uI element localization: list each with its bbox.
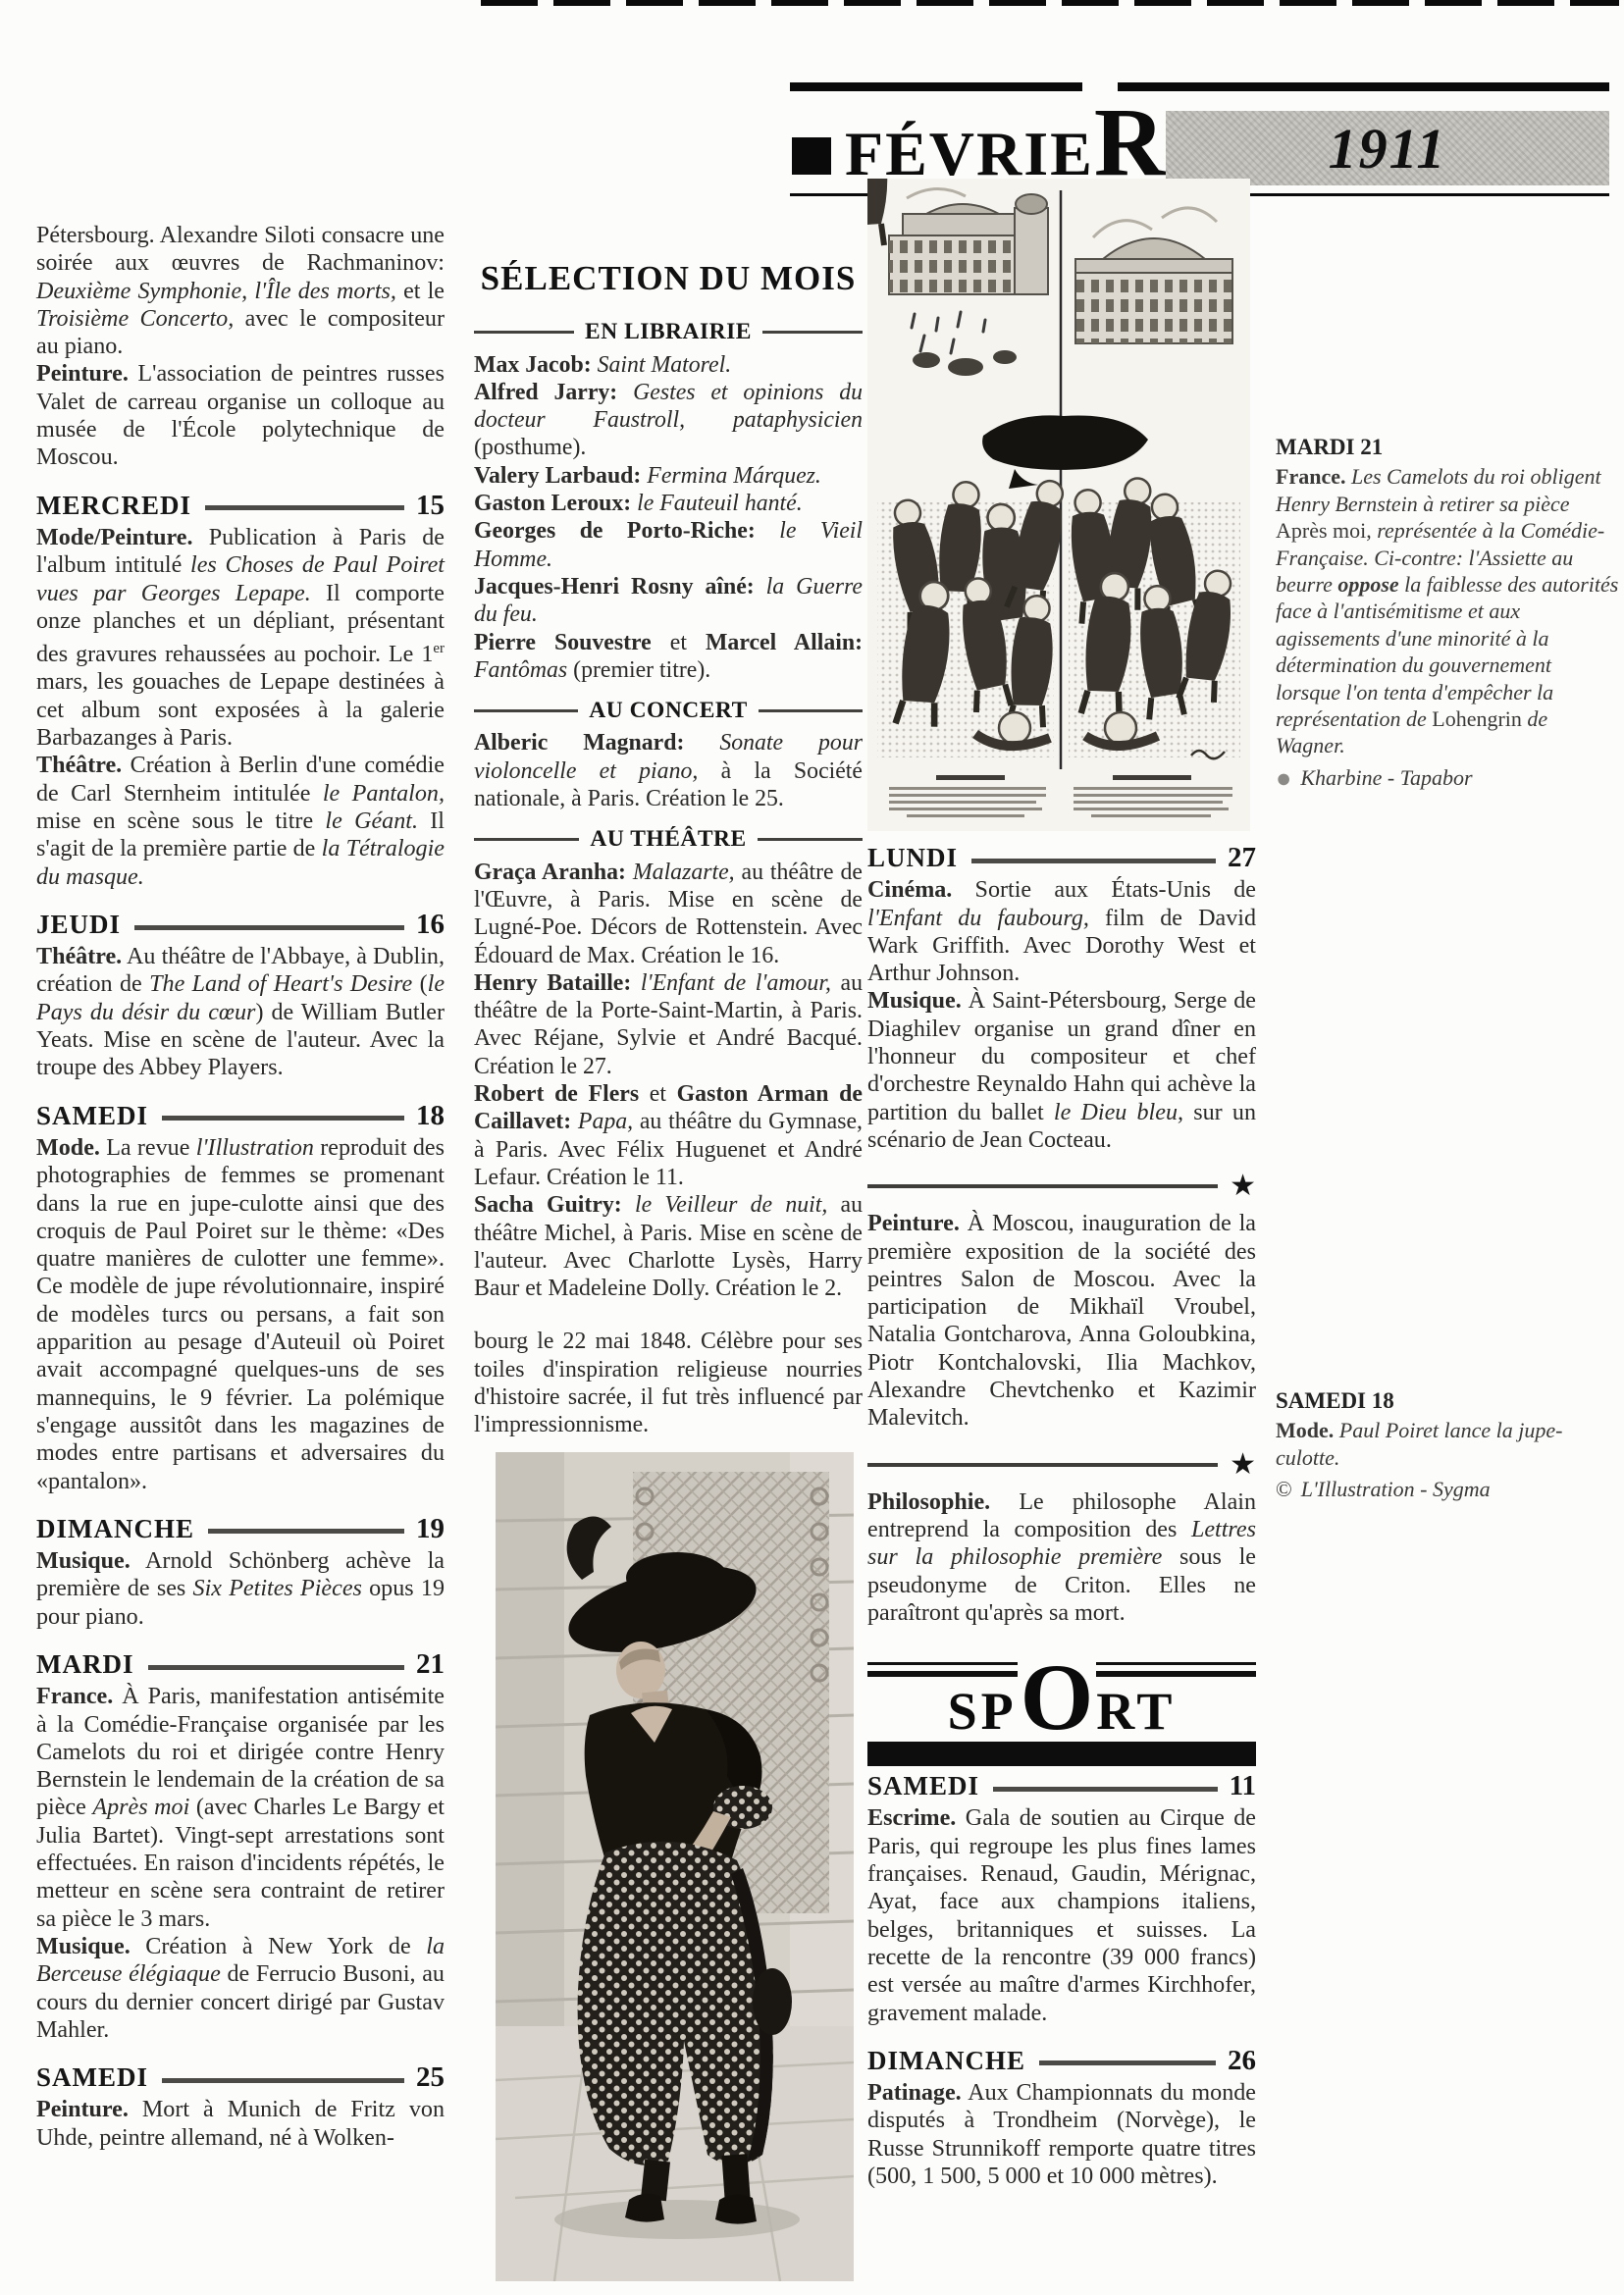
day-rule [162, 1116, 404, 1121]
day-name: MERCREDI [36, 492, 191, 519]
day-number: 21 [416, 1650, 445, 1678]
text-run: l'Illustration [196, 1135, 314, 1161]
text-run: l'Enfant de l'amour, [631, 970, 831, 996]
paragraph: Sacha Guitry: le Veilleur de nuit, au th… [474, 1191, 863, 1302]
text-run: Théâtre. [36, 753, 122, 778]
text-run: ( [412, 971, 427, 997]
rule [474, 331, 574, 334]
day-header: LUNDI27 [867, 844, 1256, 871]
text-run: Mode/Peinture. [36, 525, 192, 550]
text-run: Papa, [571, 1109, 633, 1134]
text-run: Philosophie. [867, 1489, 990, 1515]
bullet-icon: ● [1276, 767, 1291, 789]
text-run: l'Enfant du faubourg, [867, 906, 1089, 931]
day-rule [148, 1665, 405, 1670]
text-run: mars, les gouaches de Lepape destinées à… [36, 669, 445, 751]
rule [474, 709, 578, 712]
paragraph: Musique. Arnold Schönberg achève la prem… [36, 1547, 445, 1631]
caption-heading: MARDI 21 [1276, 434, 1621, 460]
day-name: LUNDI [867, 844, 958, 871]
day-number: 15 [416, 492, 445, 519]
text-run: oppose [1337, 572, 1398, 597]
day-number: 19 [416, 1515, 445, 1542]
photo-svg [496, 1452, 854, 2281]
paragraph: Jacques-Henri Rosny aîné: la Guerre du f… [474, 573, 863, 629]
day-name: SAMEDI [867, 1772, 979, 1799]
text-run: Cinéma. [867, 877, 952, 903]
section-subheader: AU CONCERT [474, 697, 863, 724]
day-header: JEUDI16 [36, 911, 445, 938]
section-subheader: AU THÉÂTRE [474, 825, 863, 853]
subheader-label: AU THÉÂTRE [590, 825, 746, 853]
text-run: Théâtre. [36, 944, 122, 969]
magazine-page: FÉVRIER 1911 [0, 0, 1624, 2295]
text-run: Pétersbourg. Alexandre Siloti consacre u… [36, 223, 445, 276]
credit-text: L'Illustration - Sygma [1301, 1476, 1491, 1502]
day-rule [1039, 2060, 1216, 2065]
text-run: Saint Matorel. [592, 352, 732, 378]
text-run: Jacques-Henri Rosny aîné: [474, 574, 755, 600]
paragraph: Henry Bataille: l'Enfant de l'amour, au … [474, 969, 863, 1080]
star-separator: ★ [867, 1452, 1256, 1478]
day-rule [205, 505, 404, 510]
paragraph: Pierre Souvestre et Marcel Allain: Fantô… [474, 629, 863, 685]
star-icon: ★ [1230, 1174, 1256, 1199]
sport-title-o: O [1018, 1644, 1097, 1749]
paragraph: Musique. Création à New York de la Berce… [36, 1933, 445, 2044]
paragraph: Musique. À Saint-Pétersbourg, Serge de D… [867, 987, 1256, 1154]
caption-heading: SAMEDI 18 [1276, 1387, 1621, 1414]
text-run: Georges de Porto-Riche: [474, 518, 756, 544]
paragraph: Robert de Flers et Gaston Arman de Caill… [474, 1080, 863, 1191]
text-run: Sortie aux États-Unis de [952, 877, 1256, 903]
text-run: Alberic Magnard: [474, 730, 684, 756]
spacer [474, 1302, 863, 1328]
day-name: DIMANCHE [36, 1515, 194, 1542]
day-name: SAMEDI [36, 2063, 148, 2091]
column-left: Pétersbourg. Alexandre Siloti consacre u… [36, 222, 445, 2152]
section-subheader: EN LIBRAIRIE [474, 318, 863, 345]
day-rule [134, 925, 404, 930]
text-run: (premier titre). [567, 657, 710, 683]
day-number: 16 [416, 911, 445, 938]
text-run: Après moi [92, 1795, 189, 1820]
text-run: et [639, 1081, 677, 1107]
column-middle: SÉLECTION DU MOISEN LIBRAIRIEMax Jacob: … [474, 265, 863, 1439]
text-run: Mode. [1276, 1418, 1334, 1442]
caption-mardi-21: MARDI 21France. Les Camelots du roi obli… [1276, 434, 1621, 791]
paragraph: Mode. Paul Poiret lance la jupe-culotte. [1276, 1417, 1621, 1471]
text-run: Musique. [36, 1934, 131, 1959]
text-run: Musique. [867, 988, 962, 1014]
sport-title: SPORT [867, 1650, 1256, 1745]
month-title: FÉVRIER [792, 93, 1165, 191]
text-run: Lohengrin [1432, 706, 1522, 731]
text-run: Pierre Souvestre [474, 630, 652, 655]
text-run: Graça Aranha: [474, 860, 626, 885]
paragraph: Graça Aranha: Malazarte, au théâtre de l… [474, 859, 863, 969]
text-run: Alfred Jarry: [474, 380, 617, 405]
sport-title-part: SP [948, 1682, 1018, 1741]
paragraph: Mode/Peinture. Publication à Paris de l'… [36, 524, 445, 752]
text-run: France. [36, 1684, 113, 1709]
day-header: SAMEDI25 [36, 2063, 445, 2091]
text-run: Sacha Guitry: [474, 1192, 622, 1218]
day-rule [993, 1787, 1218, 1792]
paragraph: Gaston Leroux: le Fauteuil hanté. [474, 490, 863, 517]
text-run: le Veilleur de nuit, [622, 1192, 828, 1218]
text-run: France. [1276, 464, 1345, 489]
paragraph: Valery Larbaud: Fermina Márquez. [474, 462, 863, 490]
copyright-icon: © [1276, 1479, 1292, 1500]
paragraph: France. À Paris, manifestation antisémit… [36, 1683, 445, 1933]
day-header: DIMANCHE26 [867, 2047, 1256, 2074]
day-rule [208, 1529, 404, 1534]
day-header: MERCREDI15 [36, 492, 445, 519]
day-name: DIMANCHE [867, 2047, 1025, 2074]
paragraph: Escrime. Gala de soutien au Cirque de Pa… [867, 1804, 1256, 2026]
text-run: Création à New York de [131, 1934, 427, 1959]
crowd-left [885, 477, 1072, 729]
text-run: et le [396, 279, 445, 304]
cartoon-illustration [867, 179, 1250, 836]
day-name: SAMEDI [36, 1102, 148, 1129]
paragraph: Georges de Porto-Riche: le Vieil Homme. [474, 517, 863, 573]
cartoon-svg [867, 179, 1250, 831]
day-name: JEUDI [36, 911, 121, 938]
masthead-title-row: FÉVRIER 1911 [790, 91, 1609, 191]
paragraph: Peinture. À Moscou, inauguration de la p… [867, 1210, 1256, 1432]
paragraph: Max Jacob: Saint Matorel. [474, 351, 863, 379]
text-run: Six Petites Pièces [193, 1576, 362, 1601]
text-run: mise en scène sous le titre [36, 808, 325, 834]
text-run: Marcel Allain: [706, 630, 863, 655]
text-run: Après moi, [1276, 518, 1372, 543]
text-run: le Géant. [325, 808, 418, 834]
text-run: Mode. [36, 1135, 100, 1161]
day-number: 26 [1228, 2047, 1256, 2074]
paragraph: Mode. La revue l'Illustration reproduit … [36, 1134, 445, 1495]
rule [867, 1463, 1218, 1467]
fashion-photo [496, 1452, 854, 2286]
paragraph: Patinage. Aux Championnats du monde disp… [867, 2079, 1256, 2190]
day-rule [162, 2078, 404, 2083]
rule [762, 331, 863, 334]
text-run: et [652, 630, 706, 655]
star-separator: ★ [867, 1174, 1256, 1199]
text-run: Deuxième Symphonie, l'Île des morts, [36, 279, 396, 304]
day-name: MARDI [36, 1650, 134, 1678]
day-header: DIMANCHE19 [36, 1515, 445, 1542]
text-run: Henry Bataille: [474, 970, 631, 996]
rule [867, 1742, 1256, 1766]
masthead-top-rule [790, 82, 1609, 91]
text-run: er [433, 641, 445, 656]
selection-title: SÉLECTION DU MOIS [474, 265, 863, 292]
day-header: SAMEDI18 [36, 1102, 445, 1129]
rule [474, 838, 579, 841]
rule [759, 709, 863, 712]
paragraph: Philosophie. Le philosophe Alain entrepr… [867, 1488, 1256, 1627]
paragraph: Alberic Magnard: Sonate pour violoncelle… [474, 729, 863, 812]
text-run: le Pantalon, [323, 781, 445, 807]
text-run: Robert de Flers [474, 1081, 639, 1107]
text-run: Peinture. [36, 361, 129, 387]
year-box: 1911 [1166, 111, 1609, 185]
paragraph: Pétersbourg. Alexandre Siloti consacre u… [36, 222, 445, 360]
paragraph: bourg le 22 mai 1848. Célèbre pour ses t… [474, 1328, 863, 1438]
black-square-icon [792, 137, 831, 175]
caption-samedi-18: SAMEDI 18Mode. Paul Poiret lance la jupe… [1276, 1387, 1621, 1503]
text-run: The Land of Heart's Desire [149, 971, 412, 997]
paragraph: Cinéma. Sortie aux États-Unis de l'Enfan… [867, 876, 1256, 987]
text-run: Gala de soutien au Cirque de Paris, qui … [867, 1805, 1256, 2025]
star-icon: ★ [1230, 1452, 1256, 1478]
text-run: Troisième Concerto, [36, 306, 234, 332]
sport-title-part: RT [1096, 1682, 1176, 1741]
text-run: Peinture. [867, 1211, 960, 1236]
rule [758, 838, 863, 841]
day-header: SAMEDI11 [867, 1772, 1256, 1799]
subheader-label: AU CONCERT [589, 697, 748, 724]
day-rule [971, 859, 1216, 863]
text-run: Musique. [36, 1548, 131, 1574]
year-label: 1911 [1329, 116, 1447, 182]
sport-banner: SPORT [867, 1654, 1256, 1752]
credit-text: Kharbine - Tapabor [1300, 764, 1472, 791]
paragraph: Théâtre. Création à Berlin d'une comédie… [36, 752, 445, 890]
text-run: Patinage. [867, 2080, 962, 2106]
text-run: Gaston Leroux: [474, 491, 631, 516]
paragraph: Théâtre. Au théâtre de l'Abbaye, à Dubli… [36, 943, 445, 1081]
text-run: Max Jacob: [474, 352, 592, 378]
rule [867, 1184, 1218, 1188]
text-run: La revue [100, 1135, 196, 1161]
day-number: 18 [416, 1102, 445, 1129]
day-number: 11 [1230, 1772, 1256, 1799]
paragraph: Peinture. Mort à Munich de Fritz von Uhd… [36, 2096, 445, 2152]
photo-credit: ©L'Illustration - Sygma [1276, 1476, 1621, 1502]
text-run: Peinture. [36, 2097, 129, 2122]
text-run: Valery Larbaud: [474, 463, 641, 489]
paragraph: Alfred Jarry: Gestes et opinions du doct… [474, 379, 863, 462]
text-run: Escrime. [867, 1805, 956, 1831]
top-edge-rule [481, 0, 1619, 6]
day-header: MARDI21 [36, 1650, 445, 1678]
text-run: Fermina Márquez. [641, 463, 821, 489]
subheader-label: EN LIBRAIRIE [585, 318, 752, 345]
text-run: Fantômas [474, 657, 567, 683]
text-run: reproduit des photographies de femmes se… [36, 1135, 445, 1494]
text-run: bourg le 22 mai 1848. Célèbre pour ses t… [474, 1329, 863, 1437]
photo-credit: ●Kharbine - Tapabor [1276, 764, 1621, 791]
paragraph: Peinture. L'association de peintres russ… [36, 360, 445, 471]
text-run: À Moscou, inauguration de la première ex… [867, 1211, 1256, 1431]
text-run: le Dieu bleu, [1054, 1100, 1183, 1125]
column-right: LUNDI27Cinéma. Sortie aux États-Unis de … [867, 844, 1256, 2190]
text-run: (posthume). [474, 435, 586, 460]
day-number: 27 [1228, 844, 1256, 871]
paragraph: France. Les Camelots du roi obligent Hen… [1276, 463, 1621, 758]
text-run: Malazarte, [626, 860, 735, 885]
day-number: 25 [416, 2063, 445, 2091]
text-run: le Fauteuil hanté. [631, 491, 802, 516]
